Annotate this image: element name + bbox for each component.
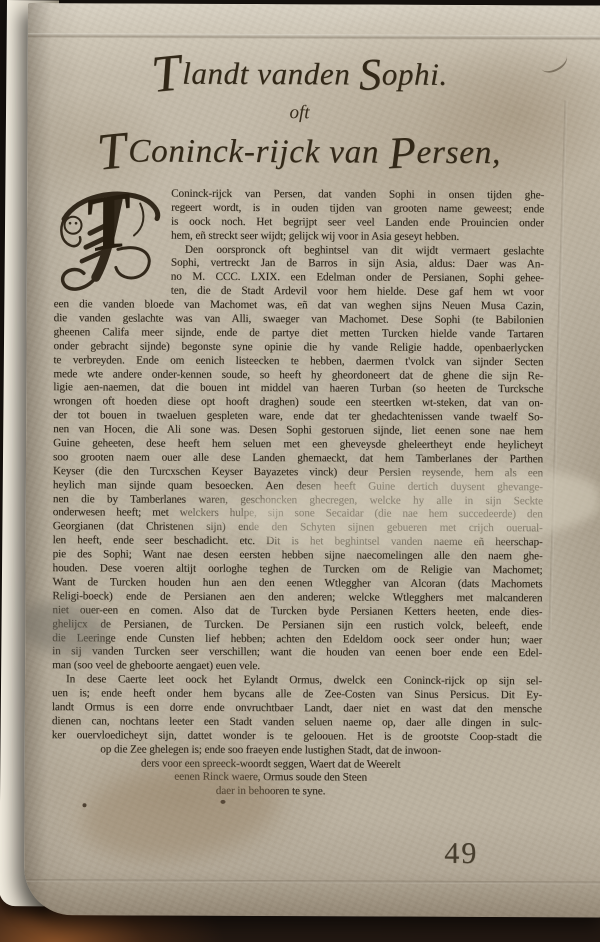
title-conjunction: oft	[54, 100, 544, 126]
text-line: hem, eñ streckt seer wijdt; gelijck wij …	[171, 229, 544, 245]
book-page: Tlandt vanden Sophi. oft TConinck-rijck …	[24, 3, 600, 918]
title-text: ophi.	[382, 57, 448, 92]
title-swash-initial: T	[152, 73, 181, 76]
title-text: Coninck-rijck van	[128, 133, 388, 170]
text-line: Coninck-rijck van Persen, dat vanden Sop…	[171, 188, 544, 204]
title-swash-cap: P	[388, 152, 416, 153]
title-line-1: Tlandt vanden Sophi.	[55, 47, 545, 101]
title-swash-cap: S	[359, 74, 382, 75]
text-line: is oock noch. Het begrijpt seer veel Lan…	[171, 215, 544, 231]
title-text: ersen,	[417, 135, 502, 171]
page-number: 49	[444, 837, 478, 871]
text-line: ghelijcx de Persianen, de Turcken. De Pe…	[52, 618, 542, 634]
fold-crease-bottom	[24, 879, 600, 885]
page-content: Tlandt vanden Sophi. oft TConinck-rijck …	[52, 3, 545, 800]
drop-cap-ornament: T	[54, 187, 171, 299]
photo-of-antique-book-page: Tlandt vanden Sophi. oft TConinck-rijck …	[0, 0, 600, 942]
ink-spot	[221, 800, 226, 804]
title-swash-initial: T	[98, 151, 128, 154]
ink-spot	[82, 803, 86, 807]
fold-crease-right	[548, 100, 567, 630]
text-line: regeert wordt, is in ouden tijden van gr…	[171, 202, 544, 218]
title-line-2: TConinck-rijck van Persen,	[54, 124, 544, 180]
title-text: landt vanden	[182, 56, 359, 92]
text-line: op die Zee ghelegen is; ende soo fraeyen…	[52, 743, 490, 759]
